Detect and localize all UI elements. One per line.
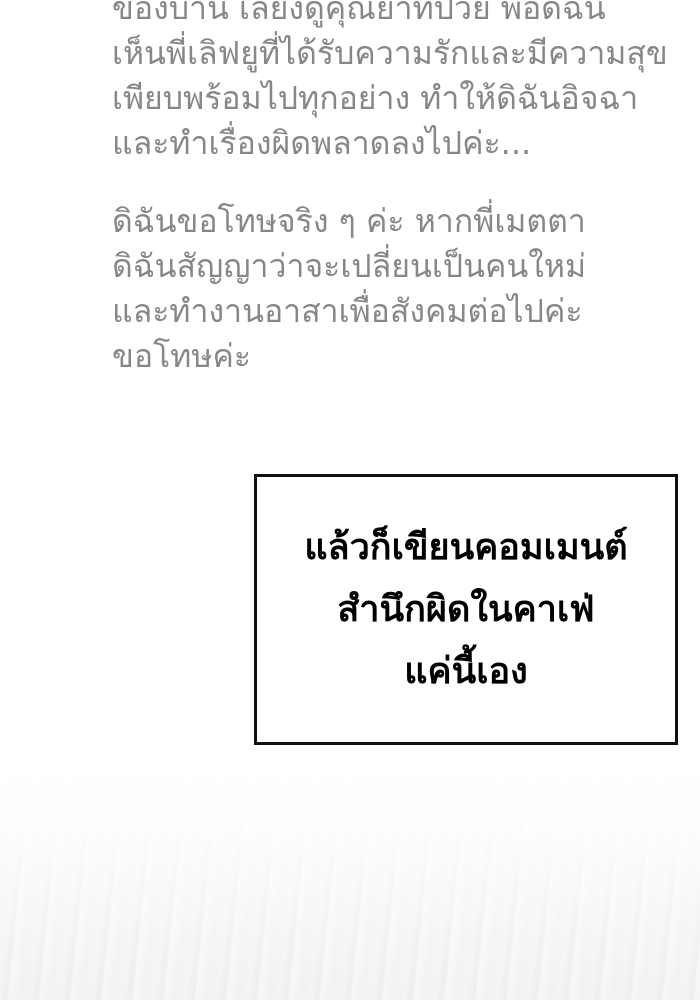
speech-box-line: สำนึกผิดในคาเฟ่ bbox=[337, 579, 594, 641]
bottom-slat-texture bbox=[0, 760, 700, 1000]
speech-box-line: แล้วก็เขียนคอมเมนต์ bbox=[304, 517, 627, 579]
narration-line: เพียบพร้อมไปทุกอย่าง ทำให้ดิฉันอิจฉา bbox=[112, 76, 672, 121]
narration-line: เห็นพี่เลิฟยูที่ได้รับความรักและมีความสุ… bbox=[112, 31, 672, 76]
narration-line: ขอโทษค่ะ bbox=[112, 334, 672, 379]
narration-text: ของบ้าน เลี้ยงดูคุณย่าที่ป่วย พอดิฉัน เห… bbox=[112, 0, 672, 379]
narration-line: และทำเรื่องผิดพลาดลงไปค่ะ... bbox=[112, 121, 672, 166]
slat-fade-overlay bbox=[0, 760, 700, 1000]
narration-line: ดิฉันสัญญาว่าจะเปลี่ยนเป็นคนใหม่ bbox=[112, 244, 672, 289]
narration-paragraph-1: ของบ้าน เลี้ยงดูคุณย่าที่ป่วย พอดิฉัน เห… bbox=[112, 0, 672, 166]
narration-paragraph-2: ดิฉันขอโทษจริง ๆ ค่ะ หากพี่เมตตา ดิฉันสั… bbox=[112, 199, 672, 379]
narration-line: ของบ้าน เลี้ยงดูคุณย่าที่ป่วย พอดิฉัน bbox=[112, 0, 672, 31]
speech-box-line: แค่นี้เอง bbox=[404, 641, 527, 703]
speech-box: แล้วก็เขียนคอมเมนต์ สำนึกผิดในคาเฟ่ แค่น… bbox=[254, 474, 678, 745]
narration-line: และทำงานอาสาเพื่อสังคมต่อไปค่ะ bbox=[112, 289, 672, 334]
slat-stripes bbox=[0, 760, 700, 1000]
narration-line: ดิฉันขอโทษจริง ๆ ค่ะ หากพี่เมตตา bbox=[112, 199, 672, 244]
